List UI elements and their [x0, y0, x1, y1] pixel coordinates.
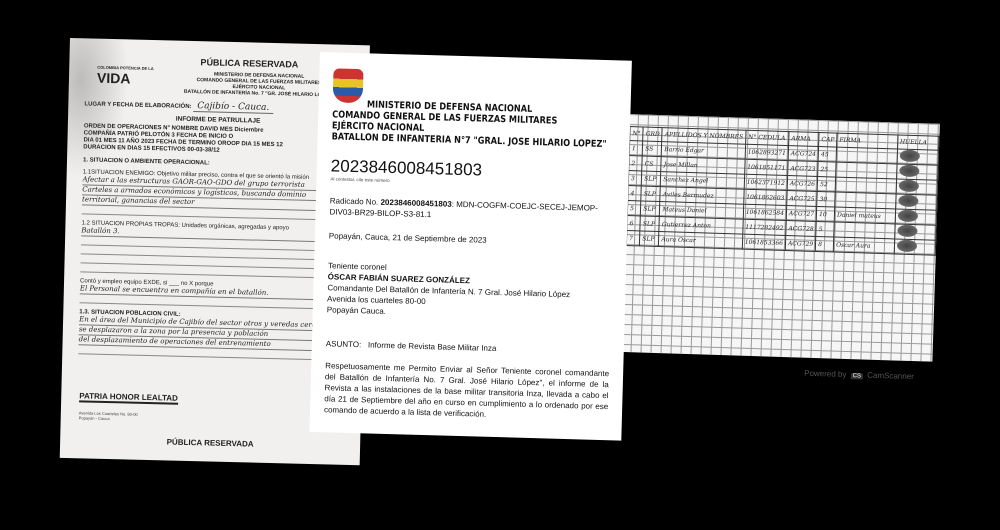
- recipient-block: Teniente coronel ÓSCAR FABIÁN SUAREZ GON…: [327, 260, 612, 323]
- camscanner-name: CamScanner: [867, 371, 914, 381]
- header-cell: GRD: [643, 127, 663, 142]
- scan-smudge: [67, 38, 130, 179]
- roster-cell: ACG723: [788, 161, 819, 177]
- roster-cell: ACG727: [786, 206, 817, 222]
- personnel-roster-document: N° GRD APELLIDOS Y NOMBRES N° CEDULA ARM…: [621, 114, 940, 362]
- letter-body: Respetuosamente me Permito Enviar al Señ…: [324, 360, 609, 423]
- roster-cell: SLP: [640, 231, 660, 247]
- subject-label: ASUNTO:: [326, 339, 362, 349]
- roster-cell: 25: [818, 162, 836, 178]
- fingerprint-icon: [899, 150, 919, 163]
- roster-cell: SS: [642, 141, 662, 157]
- radicado-bold: 2023846008451803: [380, 198, 451, 209]
- motto: PATRIA HONOR LEALTAD: [79, 391, 178, 402]
- roster-cell: 2: [629, 156, 643, 171]
- roster-cell: 6: [627, 216, 641, 231]
- fingerprint-icon: [899, 165, 919, 178]
- fingerprint-cell: [894, 239, 936, 255]
- fingerprint-cell: [895, 209, 937, 225]
- fingerprint-cell: [895, 194, 937, 210]
- colombia-vida-logo: COLOMBIA POTENCIA DE LA VIDA: [97, 65, 154, 87]
- roster-cell: 45: [818, 147, 836, 163]
- fingerprint-cell: [896, 164, 938, 180]
- roster-cell: 30: [817, 191, 835, 207]
- fingerprint-cell: [894, 224, 936, 240]
- roster-cell: 5: [816, 221, 834, 237]
- roster-cell: ACG728: [786, 221, 817, 237]
- fingerprint-icon: [896, 240, 916, 253]
- radicado-line: Radicado No. 2023846008451803: MDN-COGFM…: [329, 195, 614, 225]
- camscanner-watermark: Powered by CS CamScanner: [804, 369, 914, 381]
- roster-cell: SLP: [641, 171, 661, 187]
- roster-cell: ACG729: [785, 236, 816, 252]
- place-value: Cajibío - Cauca.: [193, 101, 273, 114]
- roster-cell: ACG726: [787, 176, 818, 192]
- roster-cell: 52: [817, 176, 835, 192]
- fingerprint-icon: [898, 195, 918, 208]
- header-cell: ARMA: [789, 132, 820, 147]
- radicado-label: Radicado No.: [330, 196, 379, 206]
- roster-cell: SLP: [641, 201, 661, 217]
- roster-cell: ACG724: [788, 146, 819, 162]
- roster-cell: 7: [626, 231, 640, 246]
- fingerprint-icon: [897, 225, 917, 238]
- subject-value: Informe de Revista Base Militar Inza: [368, 340, 497, 353]
- roster-cell: CS: [642, 156, 662, 172]
- roster-cell: Oscar Aura: [833, 237, 894, 254]
- roster-cell: 1061853366: [742, 234, 786, 250]
- fingerprint-cell: [896, 179, 938, 195]
- roster-cell: ACG725: [787, 191, 818, 207]
- inspection-letter-document: MINISTERIO DE DEFENSA NACIONAL COMANDO G…: [309, 52, 631, 441]
- header-cell: N°: [630, 127, 644, 141]
- roster-table: N° GRD APELLIDOS Y NOMBRES N° CEDULA ARM…: [626, 126, 940, 256]
- roster-cell: 1061862603: [744, 189, 788, 205]
- roster-cell: 1061862584: [743, 204, 787, 220]
- fingerprint-icon: [897, 210, 917, 223]
- logo-big-text: VIDA: [97, 70, 131, 87]
- motto-text: PATRIA HONOR LEALTAD: [79, 391, 178, 404]
- roster-cell: 8: [815, 236, 833, 252]
- classification-bottom: PÚBLICA RESERVADA: [60, 435, 360, 451]
- roster-cell: 3: [628, 171, 642, 186]
- fingerprint-icon: [898, 180, 918, 193]
- roster-cell: 1062893271: [745, 144, 789, 160]
- roster-cell: 1117282492: [743, 219, 787, 235]
- letter-date: Popayán, Cauca, 21 de Septiembre de 2023: [329, 231, 613, 248]
- fingerprint-cell: [897, 149, 939, 165]
- roster-cell: Aura Oscar: [659, 232, 743, 250]
- roster-cell: SLP: [640, 216, 660, 232]
- footer-address: Avenida Los Cuarteles No. 80-00 Popayán …: [79, 410, 138, 421]
- header-cell: CAP: [819, 133, 837, 148]
- subject-line: ASUNTO: Informe de Revista Base Militar …: [326, 339, 610, 356]
- roster-cell: 1: [629, 141, 643, 156]
- camscanner-icon: CS: [851, 373, 864, 379]
- header-cell: HUELLA: [897, 135, 939, 150]
- roster-cell: 1061851171: [744, 159, 788, 175]
- roster-cell: 1062371912: [744, 174, 788, 190]
- roster-cell: 4: [628, 186, 642, 201]
- powered-by-text: Powered by: [804, 369, 847, 379]
- letter-header: MINISTERIO DE DEFENSA NACIONAL COMANDO G…: [331, 98, 613, 150]
- header-cell: N° CEDULA: [745, 130, 789, 145]
- roster-cell: 5: [627, 201, 641, 216]
- roster-cell: 10: [816, 206, 834, 222]
- roster-cell: SLP: [641, 186, 661, 202]
